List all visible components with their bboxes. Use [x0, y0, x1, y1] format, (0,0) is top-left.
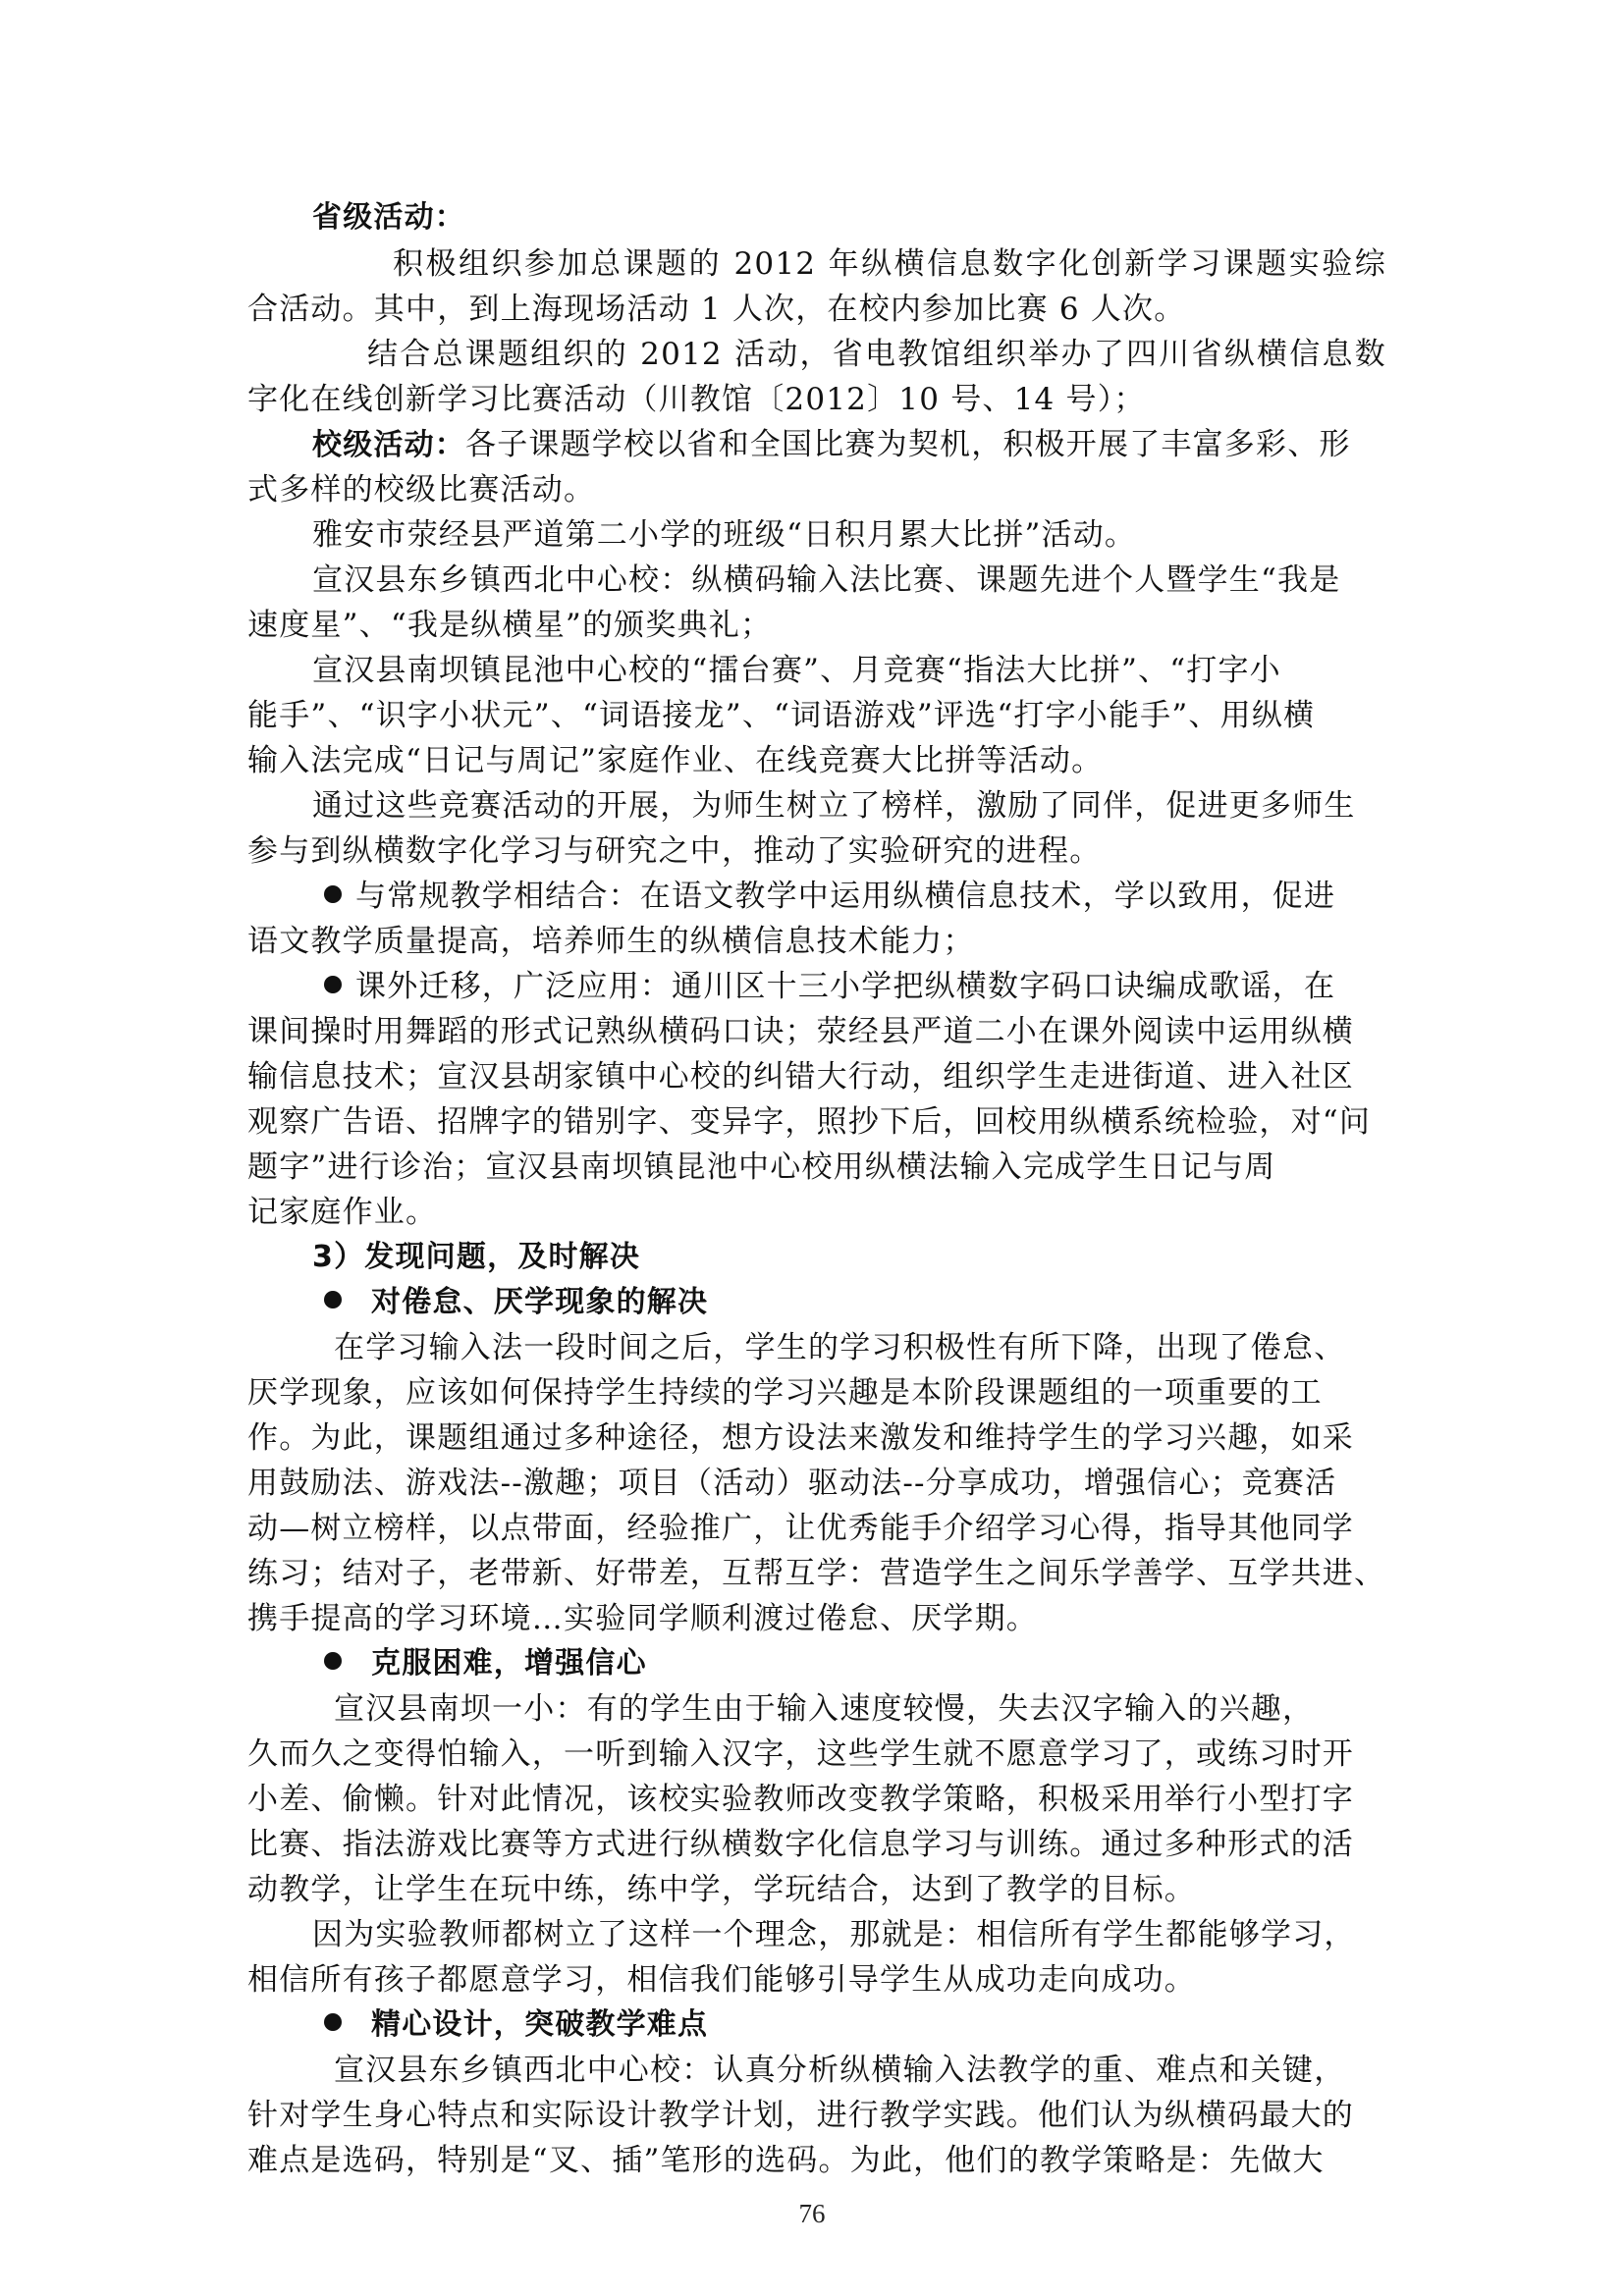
paragraph-line: 相信所有孩子都愿意学习，相信我们能够引导学生从成功走向成功。 [247, 1960, 1196, 2000]
paragraph-line: 宣汉县南坝镇昆池中心校的“擂台赛”、月竞赛“指法大比拼”、“打字小 [312, 651, 1281, 690]
text: 积极组织参加总课题的 2012 年纵横信息数字化创新学习课题实验综 [393, 244, 1386, 284]
heading-provincial-activities: 省级活动： [312, 198, 465, 238]
bullet-icon [324, 885, 342, 903]
paragraph-line: 宣汉县东乡镇西北中心校：认真分析纵横输入法教学的重、难点和关键， [334, 2051, 1345, 2090]
paragraph-line: 动教学，让学生在玩中练，练中学，学玩结合，达到了教学的目标。 [247, 1870, 1196, 1909]
text: 课外迁移，广泛应用：通川区十三小学把纵横数字码口诀编成歌谣，在 [355, 969, 1335, 1004]
bullet-icon [324, 1291, 342, 1308]
bullet-icon [324, 1652, 342, 1670]
text: 克服困难，增强信心 [371, 1646, 647, 1681]
bullet-item: 课外迁移，广泛应用：通川区十三小学把纵横数字码口诀编成歌谣，在 [324, 967, 1335, 1006]
paragraph-line: 练习；结对子，老带新、好带差，互帮互学：营造学生之间乐学善学、互学共进、 [247, 1554, 1385, 1593]
bullet-icon [324, 2013, 342, 2031]
page-number: 76 [0, 2199, 1624, 2229]
paragraph-line: 记家庭作业。 [247, 1193, 437, 1232]
paragraph-line: 因为实验教师都树立了这样一个理念，那就是：相信所有学生都能够学习， [312, 1915, 1356, 1954]
paragraph-line: 结合总课题组织的 2012 活动，省电教馆组织举办了四川省纵横信息数 [367, 335, 1386, 374]
paragraph-line: 雅安市荥经县严道第二小学的班级“日积月累大比拼”活动。 [312, 515, 1136, 555]
bullet-item: 与常规教学相结合：在语文教学中运用纵横信息技术，学以致用，促进 [324, 877, 1335, 916]
subheading-bullet: 对倦怠、厌学现象的解决 [324, 1283, 708, 1322]
bullet-icon [324, 976, 342, 993]
paragraph-line: 宣汉县南坝一小：有的学生由于输入速度较慢，失去汉字输入的兴趣， [334, 1689, 1314, 1729]
paragraph-line: 字化在线创新学习比赛活动（川教馆〔2012〕10 号、14 号）； [247, 380, 1146, 419]
paragraph-line: 厌学现象，应该如何保持学生持续的学习兴趣是本阶段课题组的一项重要的工 [247, 1373, 1323, 1413]
paragraph-line: 能手”、“识字小状元”、“词语接龙”、“词语游戏”评选“打字小能手”、用纵横 [247, 696, 1315, 735]
text: 与常规教学相结合：在语文教学中运用纵横信息技术，学以致用，促进 [355, 879, 1335, 914]
text: 精心设计，突破教学难点 [371, 2007, 708, 2042]
subheading-bullet: 克服困难，增强信心 [324, 1644, 647, 1683]
text: 结合总课题组织的 2012 活动，省电教馆组织举办了四川省纵横信息数 [367, 335, 1386, 374]
paragraph-line: 合活动。其中，到上海现场活动 1 人次，在校内参加比赛 6 人次。 [247, 290, 1185, 329]
paragraph-line: 参与到纵横数字化学习与研究之中，推动了实验研究的进程。 [247, 831, 1101, 871]
paragraph-line: 积极组织参加总课题的 2012 年纵横信息数字化创新学习课题实验综 [393, 244, 1386, 284]
paragraph-line: 小差、偷懒。针对此情况，该校实验教师改变教学策略，积极采用举行小型打字 [247, 1780, 1354, 1819]
paragraph-line: 比赛、指法游戏比赛等方式进行纵横数字化信息学习与训练。通过多种形式的活 [247, 1825, 1354, 1864]
label-school-activities: 校级活动： [312, 428, 465, 462]
paragraph-line-school-activities: 校级活动：各子课题学校以省和全国比赛为契机，积极开展了丰富多彩、形 [312, 425, 1386, 465]
paragraph-line: 难点是选码，特别是“叉、插”笔形的选码。为此，他们的教学策略是：先做大 [247, 2141, 1325, 2180]
paragraph-line: 观察广告语、招牌字的错别字、变异字，照抄下后，回校用纵横系统检验，对“问 [247, 1102, 1371, 1142]
paragraph-line: 输入法完成“日记与周记”家庭作业、在线竞赛大比拼等活动。 [247, 741, 1103, 780]
paragraph-line: 在学习输入法一段时间之后，学生的学习积极性有所下降，出现了倦怠、 [334, 1328, 1345, 1367]
paragraph-line: 动—树立榜样，以点带面，经验推广，让优秀能手介绍学习心得，指导其他同学 [247, 1509, 1354, 1548]
paragraph-line: 题字”进行诊治；宣汉县南坝镇昆池中心校用纵横法输入完成学生日记与周 [247, 1148, 1275, 1187]
paragraph-line: 速度星”、“我是纵横星”的颁奖典礼； [247, 606, 772, 645]
paragraph-line: 针对学生身心特点和实际设计教学计划，进行教学实践。他们认为纵横码最大的 [247, 2096, 1354, 2135]
paragraph-line: 输信息技术；宣汉县胡家镇中心校的纠错大行动，组织学生走进街道、进入社区 [247, 1057, 1354, 1096]
paragraph-line: 作。为此，课题组通过多种途径，想方设法来激发和维持学生的学习兴趣，如采 [247, 1418, 1354, 1458]
paragraph-line: 课间操时用舞蹈的形式记熟纵横码口诀；荥经县严道二小在课外阅读中运用纵横 [247, 1012, 1354, 1051]
paragraph-line: 携手提高的学习环境…实验同学顺利渡过倦怠、厌学期。 [247, 1599, 1038, 1638]
paragraph-line: 宣汉县东乡镇西北中心校：纵横码输入法比赛、课题先进个人暨学生“我是 [312, 561, 1340, 600]
section-heading-3: 3）发现问题，及时解决 [312, 1238, 640, 1277]
subheading-bullet: 精心设计，突破教学难点 [324, 2005, 708, 2045]
paragraph-line: 语文教学质量提高，培养师生的纵横信息技术能力； [247, 922, 975, 961]
paragraph-line: 通过这些竞赛活动的开展，为师生树立了榜样，激励了同伴，促进更多师生 [312, 786, 1356, 826]
paragraph-line: 用鼓励法、游戏法--激趣；项目（活动）驱动法--分享成功，增强信心；竞赛活 [247, 1464, 1336, 1503]
paragraph-line: 久而久之变得怕输入，一听到输入汉字，这些学生就不愿意学习了，或练习时开 [247, 1735, 1354, 1774]
text: 对倦怠、厌学现象的解决 [371, 1285, 708, 1319]
paragraph-line: 式多样的校级比赛活动。 [247, 470, 595, 509]
document-page: 省级活动： 积极组织参加总课题的 2012 年纵横信息数字化创新学习课题实验综 … [0, 0, 1624, 2296]
text: 各子课题学校以省和全国比赛为契机，积极开展了丰富多彩、形 [465, 427, 1351, 462]
